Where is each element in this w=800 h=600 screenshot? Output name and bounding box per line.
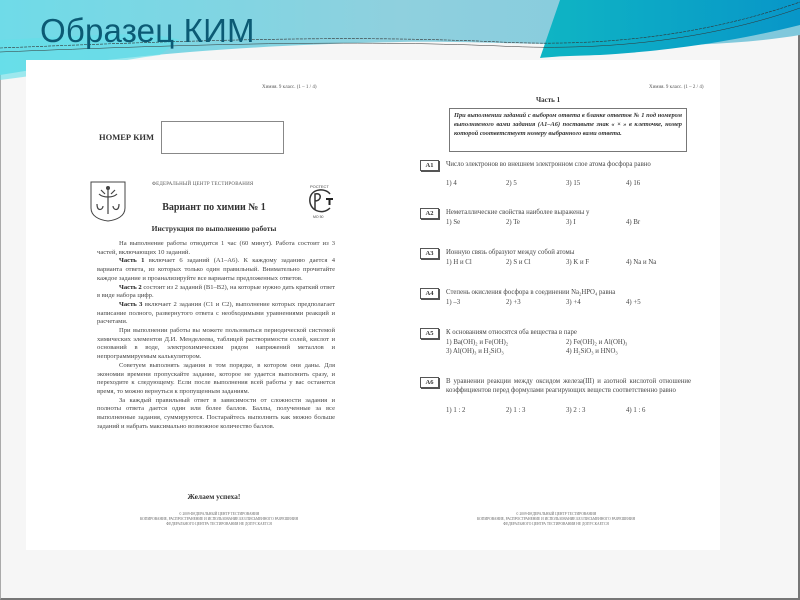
instruction-paragraph: Советуем выполнять задания в том порядке… (97, 362, 335, 397)
task-number: А5 (420, 328, 439, 339)
answer-option: 2) Fe(OH)₂ и Al(OH)₃ (566, 339, 627, 348)
task-text: В уравнении реакции между оксидом железа… (446, 377, 691, 396)
answer-option: 4) Na и Na (626, 259, 656, 266)
right-page: Химия. 9 класс. (1 – 2 / 4) Часть 1 При … (406, 60, 716, 550)
task-text: Неметаллические свойства наиболее выраже… (446, 208, 691, 217)
answer-option: 1) H и Cl (446, 259, 472, 266)
task-number: А1 (420, 160, 439, 171)
answer-option: 4) +5 (626, 299, 641, 306)
instructions-title: Инструкция по выполнению работы (84, 224, 344, 233)
part-title: Часть 1 (536, 96, 560, 104)
answer-option: 3) 15 (566, 180, 580, 187)
kim-number-label: НОМЕР КИМ (99, 132, 154, 142)
rst-certification-icon: РОСТЕСТ МО 50 (304, 182, 338, 220)
answer-option: 3) +4 (566, 299, 581, 306)
instructions-body: На выполнение работы отводится 1 час (60… (97, 240, 335, 431)
answer-option: 2) +3 (506, 299, 521, 306)
answer-option: 4) Br (626, 219, 640, 226)
answer-option: 4) 16 (626, 180, 640, 187)
task-number: А4 (420, 288, 439, 299)
task-text: Степень окисления фосфора в соединении N… (446, 288, 691, 297)
task-text: Ионную связь образуют между собой атомы (446, 248, 691, 257)
instruction-paragraph: За каждый правильный ответ в зависимости… (97, 397, 335, 432)
kim-number-box (161, 121, 284, 154)
page-header: Химия. 9 класс. (1 – 2 / 4) (649, 85, 703, 90)
answer-option: 1) 1 : 2 (446, 407, 465, 414)
answer-option: 3) 2 : 3 (566, 407, 585, 414)
copyright-footer: © 2009 ФЕДЕРАЛЬНЫЙ ЦЕНТР ТЕСТИРОВАНИЯ КО… (84, 512, 354, 527)
document-image: Химия. 9 класс. (1 – 1 / 4) НОМЕР КИМ ФЕ… (26, 60, 720, 550)
instruction-paragraph: Часть 1 включает 6 заданий (А1–А6). К ка… (97, 257, 335, 283)
answer-option: 3) I (566, 219, 576, 226)
answer-option: 1) Ba(OH)₂ и Fe(OH)₂ (446, 339, 508, 348)
svg-text:МО 50: МО 50 (313, 215, 324, 219)
task-text: Число электронов во внешнем электронном … (446, 160, 691, 169)
answer-option: 2) Te (506, 219, 520, 226)
instruction-paragraph: Часть 2 состоит из 2 заданий (В1–В2), на… (97, 284, 335, 301)
task-text: К основаниям относятся оба вещества в па… (446, 328, 691, 337)
good-luck-text: Желаем успеха! (84, 492, 344, 501)
answer-option: 2) S и Cl (506, 259, 531, 266)
svg-text:РОСТЕСТ: РОСТЕСТ (310, 184, 329, 189)
organization-name: ФЕДЕРАЛЬНЫЙ ЦЕНТР ТЕСТИРОВАНИЯ (152, 182, 253, 187)
answer-option: 1) Se (446, 219, 460, 226)
instruction-note-box: При выполнении заданий с выбором ответа … (449, 108, 687, 152)
slide-title: Образец КИМ (40, 12, 255, 50)
answer-option: 2) 5 (506, 180, 517, 187)
task-number: А3 (420, 248, 439, 259)
copyright-footer: © 2009 ФЕДЕРАЛЬНЫЙ ЦЕНТР ТЕСТИРОВАНИЯ КО… (406, 512, 706, 527)
answer-option: 4) H₂SiO₃ и HNO₃ (566, 348, 618, 357)
variant-title: Вариант по химии № 1 (84, 202, 344, 213)
answer-option: 3) Al(OH)₃ и H₂SiO₃ (446, 348, 504, 357)
coat-of-arms-icon (89, 180, 127, 222)
left-page: Химия. 9 класс. (1 – 1 / 4) НОМЕР КИМ ФЕ… (84, 60, 384, 550)
instruction-paragraph: На выполнение работы отводится 1 час (60… (97, 240, 335, 257)
answer-option: 2) 1 : 3 (506, 407, 525, 414)
answer-option: 1) 4 (446, 180, 457, 187)
instruction-paragraph: Часть 3 включает 2 задания (С1 и С2), вы… (97, 301, 335, 327)
page-header: Химия. 9 класс. (1 – 1 / 4) (262, 85, 316, 90)
task-number: А2 (420, 208, 439, 219)
task-number: А6 (420, 377, 439, 388)
answer-option: 4) 1 : 6 (626, 407, 645, 414)
instruction-paragraph: При выполнении работы вы можете пользова… (97, 327, 335, 362)
answer-option: 3) K и F (566, 259, 589, 266)
answer-option: 1) –3 (446, 299, 460, 306)
